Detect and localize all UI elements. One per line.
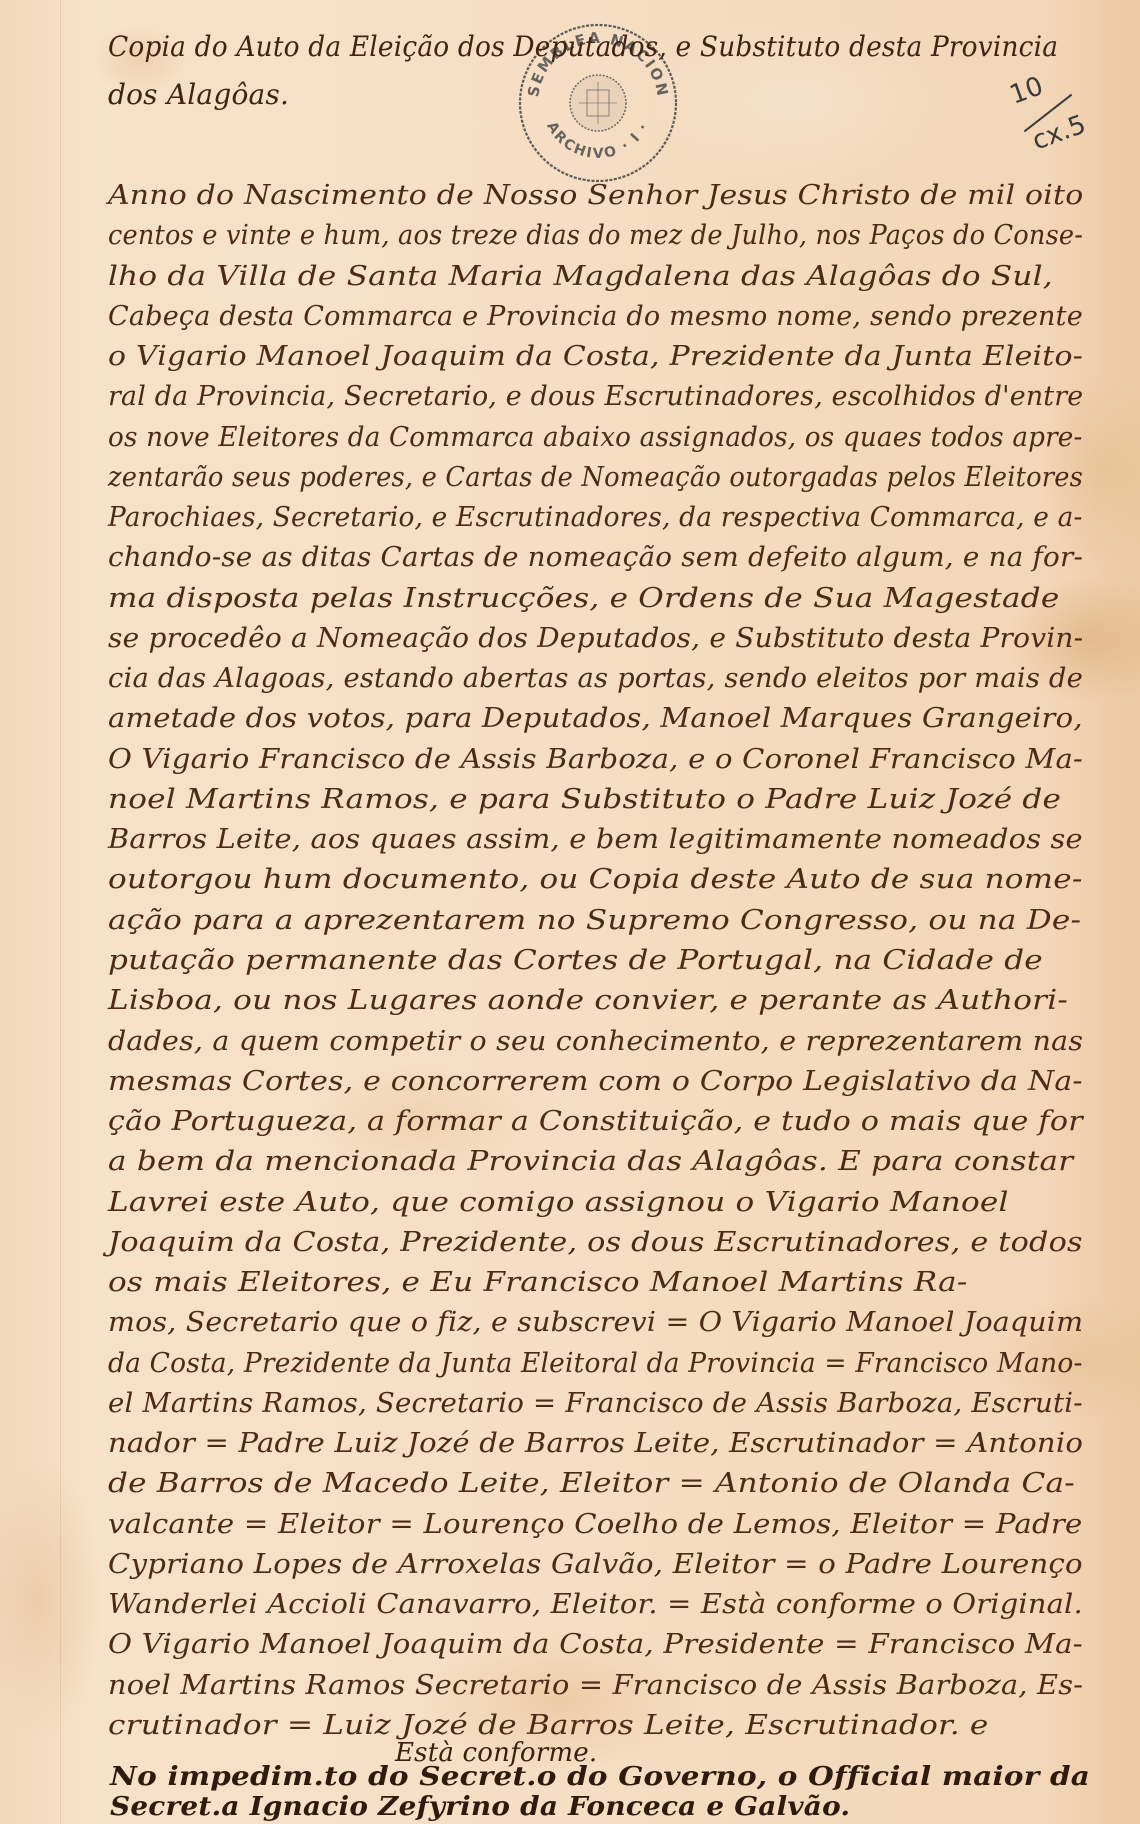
body-line: lho da Villa de Santa Maria Magdalena da… [108,261,1053,292]
body-line: cia das Alagoas, estando abertas as port… [108,663,1083,694]
body-line: mesmas Cortes, e concorrerem com o Corpo… [108,1066,1083,1097]
body-line: de Barros de Macedo Leite, Eleitor = Ant… [108,1468,1075,1499]
body-line: Wanderlei Accioli Canavarro, Eleitor. = … [108,1589,1083,1620]
body-line: nador = Padre Luiz Jozé de Barros Leite,… [108,1428,1083,1459]
body-line: Parochiaes, Secretario, e Escrutinadores… [108,502,1083,533]
body-line: Anno do Nascimento de Nosso Senhor Jesus… [108,180,1083,211]
archive-margin-note: 10 cx.5 [1002,74,1112,164]
body-line: outorgou hum documento, ou Copia deste A… [108,864,1083,895]
manuscript-page: ASSEMBLEA NACIONAL ARCHIVO · I · 10 cx.5… [0,0,1140,1824]
body-line: ma disposta pelas Instrucções, e Ordens … [108,583,1059,614]
body-line: Lavrei este Auto, que comigo assignou o … [108,1187,1009,1218]
body-line: Cypriano Lopes de Arroxelas Galvão, Elei… [108,1549,1083,1580]
body-line: valcante = Eleitor = Lourenço Coelho de … [108,1509,1083,1540]
body-line: da Costa, Prezidente da Junta Eleitoral … [108,1348,1083,1379]
document-title-line-2: dos Alagôas. [108,78,289,111]
body-line: ral da Provincia, Secretario, e dous Esc… [108,381,1083,412]
body-line: O Vigario Francisco de Assis Barboza, e … [108,744,1083,775]
body-line: os mais Eleitores, e Eu Francisco Manoel… [108,1267,968,1298]
margin-note-box: cx.5 [1029,110,1090,157]
footer-signature-line-1: No impedim.to do Secret.o do Governo, o … [110,1762,1090,1792]
footer-signature-line-2: Secret.a Ignacio Zefyrino da Fonceca e G… [110,1792,850,1822]
document-title-line-1: Copia do Auto da Eleição dos Deputados, … [108,30,1058,63]
body-line: putação permanente das Cortes de Portuga… [108,945,1043,976]
body-line: mos, Secretario que o fiz, e subscrevi =… [108,1307,1083,1338]
paper-fold-line [60,0,61,1824]
body-line: zentarão seus poderes, e Cartas de Nomea… [108,462,1083,493]
body-line: ação para a aprezentarem no Supremo Cong… [108,905,1081,936]
body-line: el Martins Ramos, Secretario = Francisco… [108,1388,1083,1419]
body-line: o Vigario Manoel Joaquim da Costa, Prezi… [108,341,1083,372]
margin-note-number: 10 [1006,71,1047,111]
body-line: Cabeça desta Commarca e Provincia do mes… [108,301,1083,332]
body-line: dades, a quem competir o seu conheciment… [108,1026,1083,1057]
body-line: crutinador = Luiz Jozé de Barros Leite, … [108,1710,989,1741]
body-line: centos e vinte e hum, aos treze dias do … [108,220,1083,251]
body-line: O Vigario Manoel Joaquim da Costa, Presi… [108,1629,1083,1660]
body-line: Joaquim da Costa, Prezidente, os dous Es… [108,1227,1083,1258]
body-line: Lisboa, ou nos Lugares aonde convier, e … [108,985,1068,1016]
body-line: os nove Eleitores da Commarca abaixo ass… [108,422,1083,453]
body-line: noel Martins Ramos, e para Substituto o … [108,784,1061,815]
body-line: noel Martins Ramos Secretario = Francisc… [108,1670,1083,1701]
body-line: se procedêo a Nomeação dos Deputados, e … [108,623,1083,654]
body-line: chando-se as ditas Cartas de nomeação se… [108,542,1083,573]
body-line: ção Portugueza, a formar a Constituição,… [108,1106,1083,1137]
body-line: ametade dos votos, para Deputados, Manoe… [108,703,1083,734]
body-line: Barros Leite, aos quaes assim, e bem leg… [108,824,1083,855]
body-line: a bem da mencionada Provincia das Alagôa… [108,1146,1073,1177]
